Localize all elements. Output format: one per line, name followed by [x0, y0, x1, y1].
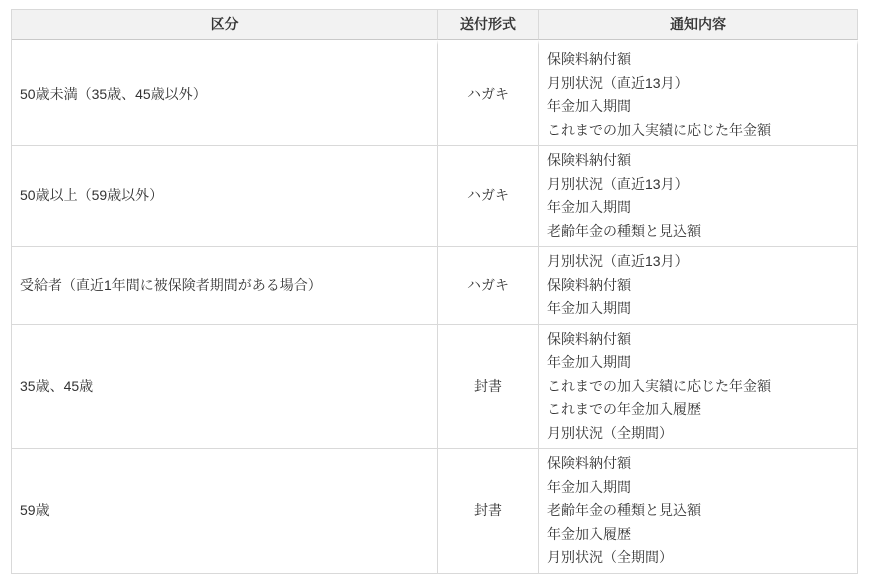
content-line: 年金加入期間 [547, 196, 849, 220]
notification-table: 区分 送付形式 通知内容 50歳未満（35歳、45歳以外）ハガキ保険料納付額月別… [11, 9, 858, 574]
category-cell: 受給者（直近1年間に被保険者期間がある場合） [12, 247, 438, 325]
format-cell: 封書 [438, 449, 539, 574]
table-row: 59歳封書保険料納付額年金加入期間老齢年金の種類と見込額年金加入履歴月別状況（全… [12, 449, 858, 574]
category-cell: 50歳以上（59歳以外） [12, 146, 438, 247]
content-line: 保険料納付額 [547, 328, 849, 352]
format-cell: 封書 [438, 325, 539, 450]
page: 区分 送付形式 通知内容 50歳未満（35歳、45歳以外）ハガキ保険料納付額月別… [0, 0, 870, 574]
content-line: 年金加入期間 [547, 95, 849, 119]
header-row: 区分 送付形式 通知内容 [12, 10, 858, 40]
category-cell: 35歳、45歳 [12, 325, 438, 450]
content-line: これまでの加入実績に応じた年金額 [547, 119, 849, 143]
column-header-category: 区分 [12, 10, 438, 40]
content-line: 保険料納付額 [547, 48, 849, 72]
content-line: 月別状況（全期間） [547, 422, 849, 446]
content-cell: 保険料納付額月別状況（直近13月）年金加入期間これまでの加入実績に応じた年金額 [539, 40, 858, 146]
table-row: 50歳以上（59歳以外）ハガキ保険料納付額月別状況（直近13月）年金加入期間老齢… [12, 146, 858, 247]
table-row: 35歳、45歳封書保険料納付額年金加入期間これまでの加入実績に応じた年金額これま… [12, 325, 858, 450]
table-row: 受給者（直近1年間に被保険者期間がある場合）ハガキ月別状況（直近13月）保険料納… [12, 247, 858, 325]
table-row: 50歳未満（35歳、45歳以外）ハガキ保険料納付額月別状況（直近13月）年金加入… [12, 40, 858, 146]
format-cell: ハガキ [438, 40, 539, 146]
format-cell: ハガキ [438, 247, 539, 325]
content-cell: 保険料納付額年金加入期間老齢年金の種類と見込額年金加入履歴月別状況（全期間） [539, 449, 858, 574]
category-cell: 50歳未満（35歳、45歳以外） [12, 40, 438, 146]
content-cell: 保険料納付額月別状況（直近13月）年金加入期間老齢年金の種類と見込額 [539, 146, 858, 247]
content-cell: 保険料納付額年金加入期間これまでの加入実績に応じた年金額これまでの年金加入履歴月… [539, 325, 858, 450]
content-line: 月別状況（直近13月） [547, 72, 849, 96]
content-line: 老齢年金の種類と見込額 [547, 220, 849, 244]
content-line: 月別状況（直近13月） [547, 173, 849, 197]
table-body: 50歳未満（35歳、45歳以外）ハガキ保険料納付額月別状況（直近13月）年金加入… [12, 40, 858, 574]
content-line: 老齢年金の種類と見込額 [547, 499, 849, 523]
content-line: 年金加入履歴 [547, 523, 849, 547]
content-line: 保険料納付額 [547, 452, 849, 476]
content-line: 保険料納付額 [547, 274, 849, 298]
content-line: 月別状況（全期間） [547, 546, 849, 570]
content-cell: 月別状況（直近13月）保険料納付額年金加入期間 [539, 247, 858, 325]
column-header-content: 通知内容 [539, 10, 858, 40]
content-line: これまでの加入実績に応じた年金額 [547, 375, 849, 399]
column-header-format: 送付形式 [438, 10, 539, 40]
content-line: 月別状況（直近13月） [547, 250, 849, 274]
content-line: 年金加入期間 [547, 297, 849, 321]
content-line: これまでの年金加入履歴 [547, 398, 849, 422]
content-line: 保険料納付額 [547, 149, 849, 173]
category-cell: 59歳 [12, 449, 438, 574]
content-line: 年金加入期間 [547, 351, 849, 375]
content-line: 年金加入期間 [547, 476, 849, 500]
format-cell: ハガキ [438, 146, 539, 247]
